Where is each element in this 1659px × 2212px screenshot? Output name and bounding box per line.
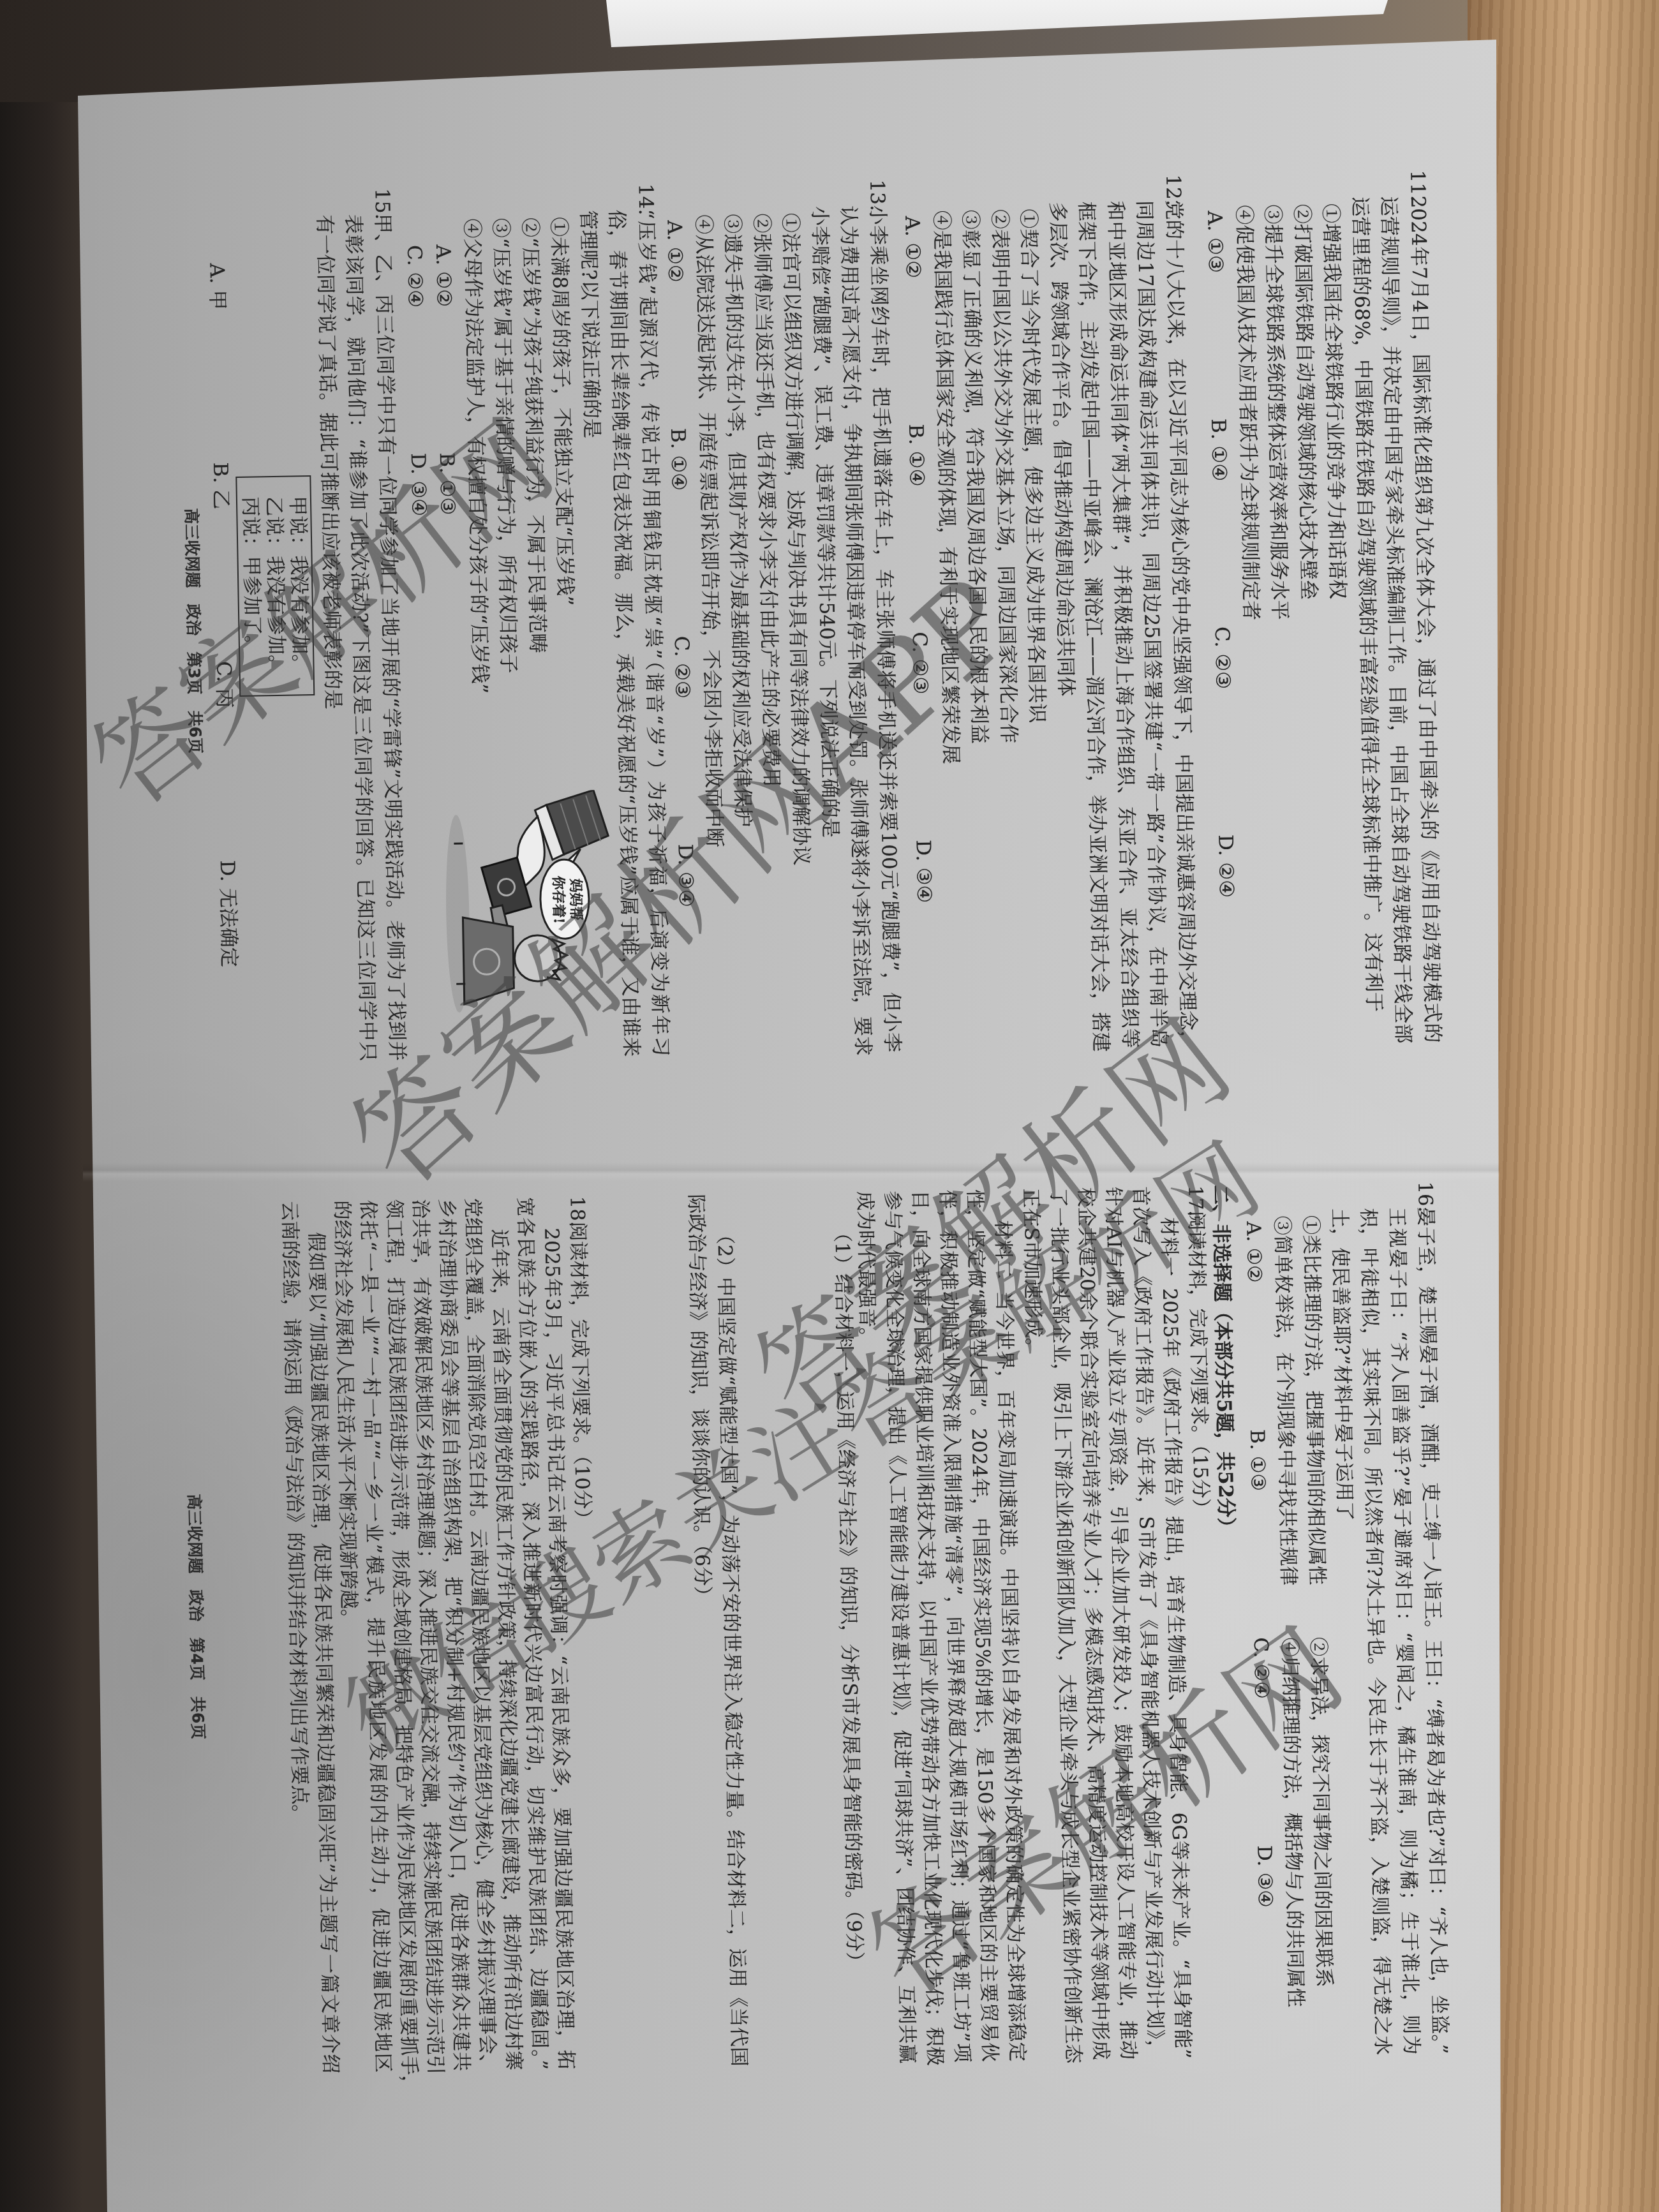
question-number: 15. xyxy=(367,188,396,220)
choice-a: A. ①② xyxy=(1239,1221,1271,1430)
question-number: 16. xyxy=(1410,1181,1440,1212)
question-number: 14. xyxy=(630,183,660,215)
question-number: 13. xyxy=(862,179,891,211)
choice-a: A. ①③ xyxy=(1200,211,1232,419)
choice-b: B. ①④ xyxy=(663,428,696,637)
choice-b: B. ①④ xyxy=(1203,419,1236,627)
question-number: 12. xyxy=(1158,174,1187,206)
choice-a: A. ①② xyxy=(897,216,930,424)
choice-a: A. ①② xyxy=(659,220,692,429)
choice-d: D. ③④ xyxy=(1249,1845,1282,2054)
sub-question-label: （2） xyxy=(713,1225,736,1277)
choice-d: D. ③④ xyxy=(908,840,941,1048)
question-number: 18. xyxy=(563,1196,590,1228)
choice-c: C. ②③ xyxy=(1207,627,1240,835)
choice-a: A. 甲 xyxy=(202,263,234,463)
question-number: 11. xyxy=(1402,170,1432,202)
choice-d: D. 无法确定 xyxy=(212,860,245,1060)
question-11: 11. 2024年7月4日，国际标准化组织第九次全体大会，通过了由中国牵头的《应… xyxy=(1199,170,1447,1048)
page-footer: 高三收网题 政治 第4页 共6页 xyxy=(183,1494,211,1739)
choice-d: D. ②④ xyxy=(1210,835,1243,1043)
